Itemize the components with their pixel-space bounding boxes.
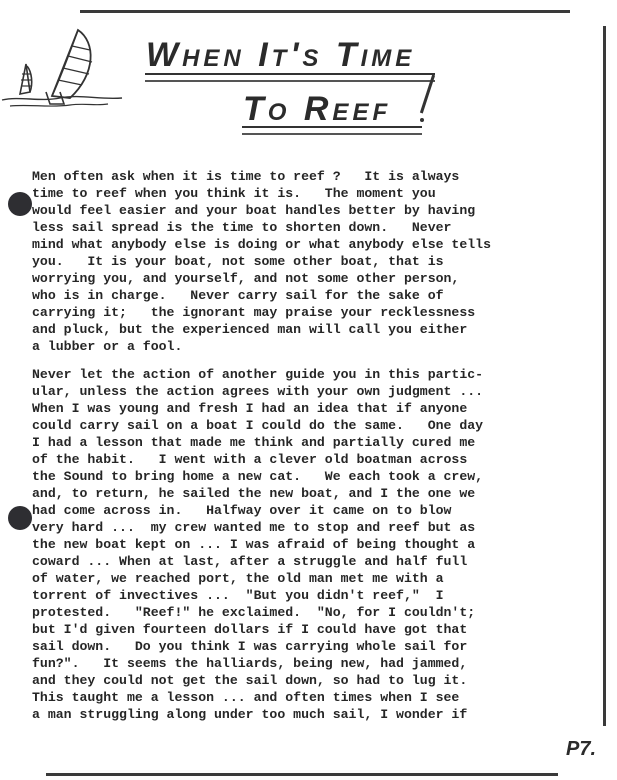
text-line: a lubber or a fool. [32, 338, 552, 355]
text-line: carrying it; the ignorant may praise you… [32, 304, 552, 321]
text-line: coward ... When at last, after a struggl… [32, 553, 552, 570]
title-underline-2 [242, 126, 422, 135]
text-line: Men often ask when it is time to reef ? … [32, 168, 552, 185]
sailboats-icon [0, 22, 130, 112]
text-line: and they could not get the sail down, so… [32, 672, 552, 689]
article-title-line-1: When It's Time [146, 36, 415, 75]
paragraph-1: Men often ask when it is time to reef ? … [32, 168, 552, 355]
text-line: could carry sail on a boat I could do th… [32, 417, 552, 434]
binder-punch-hole [8, 192, 32, 216]
text-line: torrent of invectives ... "But you didn'… [32, 587, 552, 604]
binder-punch-hole [8, 506, 32, 530]
text-line: the new boat kept on ... I was afraid of… [32, 536, 552, 553]
bottom-border-rule [46, 773, 558, 776]
text-line: the Sound to bring home a new cat. We ea… [32, 468, 552, 485]
text-line: very hard ... my crew wanted me to stop … [32, 519, 552, 536]
text-line: of water, we reached port, the old man m… [32, 570, 552, 587]
text-line: protested. "Reef!" he exclaimed. "No, fo… [32, 604, 552, 621]
article-body: Men often ask when it is time to reef ? … [32, 168, 552, 734]
text-line: who is in charge. Never carry sail for t… [32, 287, 552, 304]
text-line: This taught me a lesson ... and often ti… [32, 689, 552, 706]
text-line: and pluck, but the experienced man will … [32, 321, 552, 338]
text-line: had come across in. Halfway over it came… [32, 502, 552, 519]
text-line: would feel easier and your boat handles … [32, 202, 552, 219]
text-line: I had a lesson that made me think and pa… [32, 434, 552, 451]
text-line: worrying you, and yourself, and not some… [32, 270, 552, 287]
text-line: ular, unless the action agrees with your… [32, 383, 552, 400]
page-number: P7. [566, 738, 596, 761]
title-underline-1 [145, 73, 435, 82]
top-border-rule [80, 10, 570, 13]
text-line: less sail spread is the time to shorten … [32, 219, 552, 236]
text-line: mind what anybody else is doing or what … [32, 236, 552, 253]
text-line: but I'd given fourteen dollars if I coul… [32, 621, 552, 638]
paragraph-2: Never let the action of another guide yo… [32, 366, 552, 723]
text-line: fun?". It seems the halliards, being new… [32, 655, 552, 672]
text-line: a man struggling along under too much sa… [32, 706, 552, 723]
text-line: of the habit. I went with a clever old b… [32, 451, 552, 468]
text-line: Never let the action of another guide yo… [32, 366, 552, 383]
text-line: sail down. Do you think I was carrying w… [32, 638, 552, 655]
right-border-rule [603, 26, 606, 726]
article-title-line-2: To Reef [243, 90, 391, 129]
text-line: time to reef when you think it is. The m… [32, 185, 552, 202]
text-line: you. It is your boat, not some other boa… [32, 253, 552, 270]
text-line: When I was young and fresh I had an idea… [32, 400, 552, 417]
exclamation-mark-dot [420, 118, 424, 122]
text-line: and, to return, he sailed the new boat, … [32, 485, 552, 502]
